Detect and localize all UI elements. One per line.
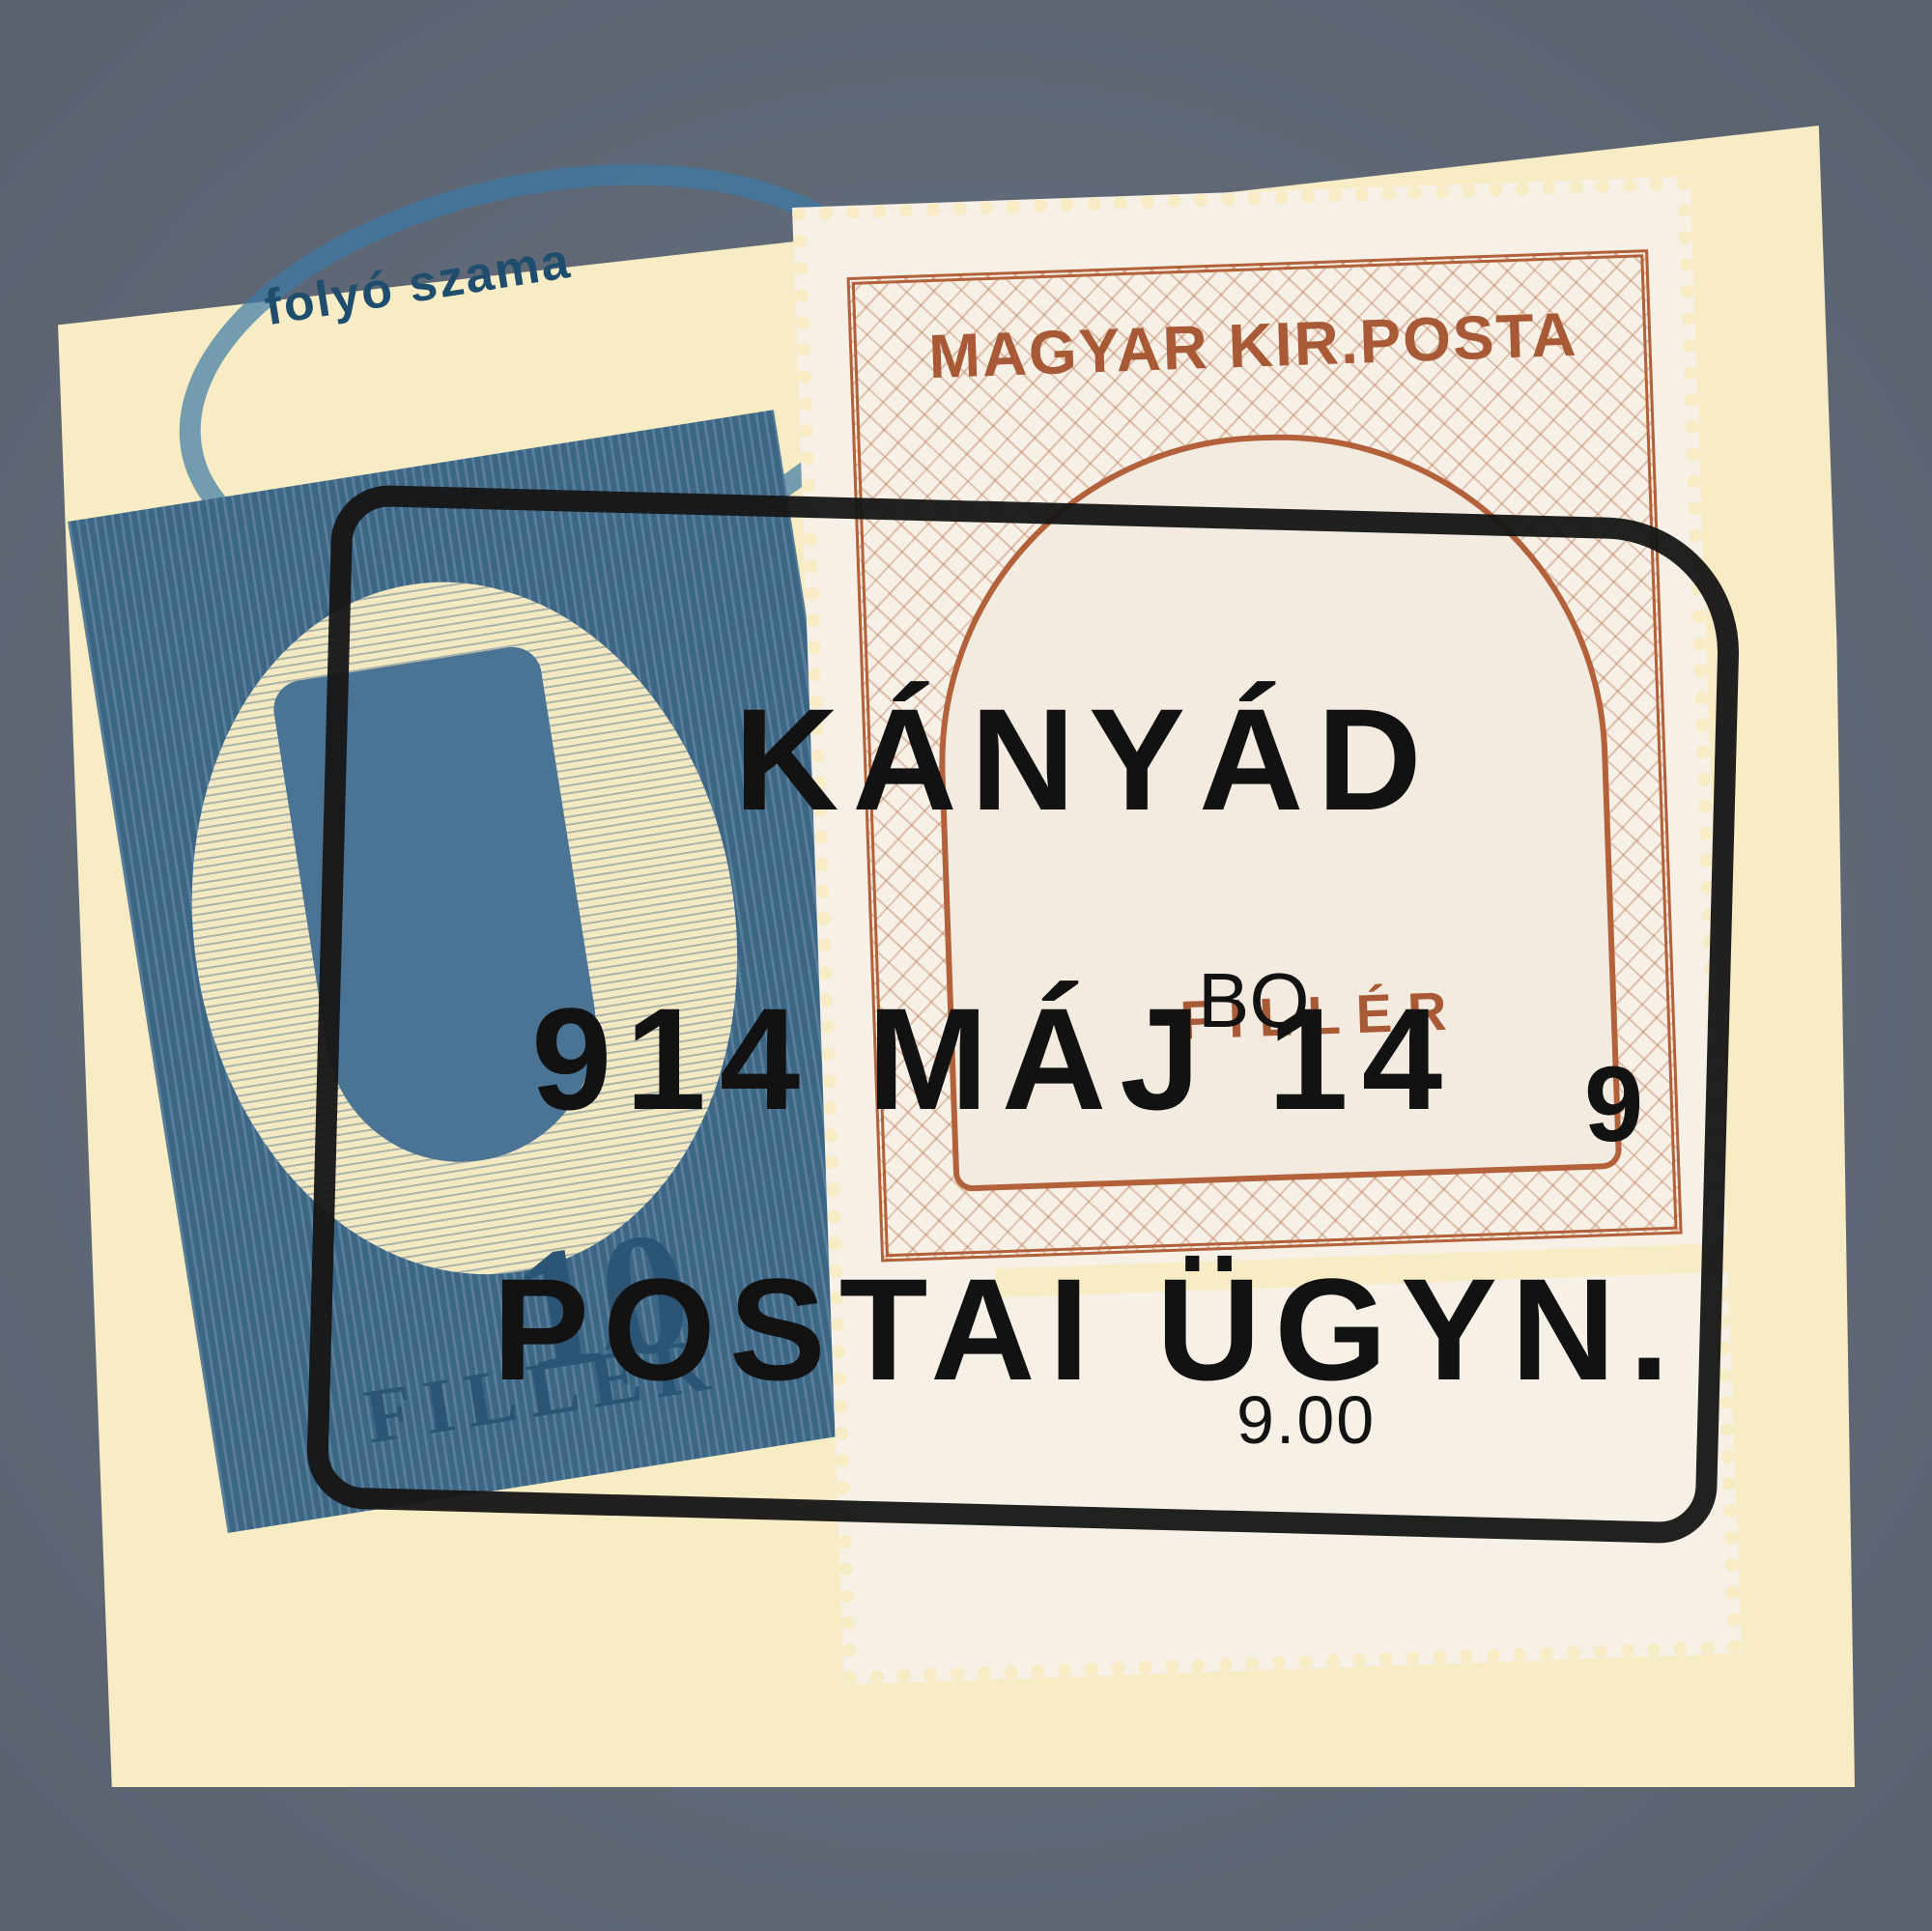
cancel-serial: BO bbox=[1198, 956, 1310, 1045]
cancel-extra: 9 bbox=[1584, 1043, 1657, 1166]
cancel-town: KÁNYÁD bbox=[734, 676, 1435, 843]
cancel-date: 914 MÁJ 14 bbox=[531, 976, 1456, 1143]
cancel-small-text: 9.00 bbox=[1236, 1381, 1376, 1459]
stamp-title: MAGYAR KIR.POSTA bbox=[914, 298, 1592, 392]
cancel-office: POSTAI ÜGYN. bbox=[493, 1246, 1683, 1413]
